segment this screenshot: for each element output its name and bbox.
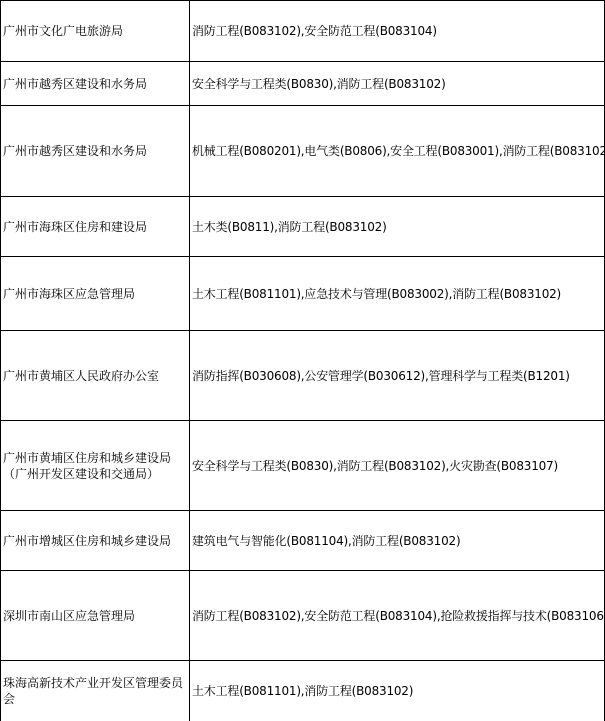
org-cell: 广州市海珠区应急管理局 [1,257,190,331]
majors-cell: 土木工程(B081101),应急技术与管理(B083002),消防工程(B083… [190,257,605,331]
majors-cell: 消防指挥(B030608),公安管理学(B030612),管理科学与工程类(B1… [190,331,605,421]
org-cell: 珠海高新技术产业开发区管理委员会 [1,661,190,721]
table-row: 广州市海珠区住房和建设局 土木类(B0811),消防工程(B083102) [1,197,605,257]
table-row: 广州市增城区住房和城乡建设局 建筑电气与智能化(B081104),消防工程(B0… [1,511,605,571]
majors-cell: 消防工程(B083102),安全防范工程(B083104) [190,1,605,62]
recruitment-table: 广州市文化广电旅游局 消防工程(B083102),安全防范工程(B083104)… [0,0,605,721]
majors-cell: 机械工程(B080201),电气类(B0806),安全工程(B083001),消… [190,106,605,197]
org-cell: 广州市增城区住房和城乡建设局 [1,511,190,571]
majors-cell: 安全科学与工程类(B0830),消防工程(B083102),火灾勘查(B0831… [190,421,605,511]
table-row: 珠海高新技术产业开发区管理委员会 土木工程(B081101),消防工程(B083… [1,661,605,721]
org-cell: 深圳市南山区应急管理局 [1,571,190,661]
table-row: 广州市黄埔区住房和城乡建设局（广州开发区建设和交通局） 安全科学与工程类(B08… [1,421,605,511]
majors-cell: 安全科学与工程类(B0830),消防工程(B083102) [190,62,605,106]
majors-cell: 土木类(B0811),消防工程(B083102) [190,197,605,257]
table-row: 广州市越秀区建设和水务局 安全科学与工程类(B0830),消防工程(B08310… [1,62,605,106]
table-row: 广州市海珠区应急管理局 土木工程(B081101),应急技术与管理(B08300… [1,257,605,331]
org-cell: 广州市越秀区建设和水务局 [1,106,190,197]
table-row: 深圳市南山区应急管理局 消防工程(B083102),安全防范工程(B083104… [1,571,605,661]
org-cell: 广州市黄埔区人民政府办公室 [1,331,190,421]
table-row: 广州市文化广电旅游局 消防工程(B083102),安全防范工程(B083104) [1,1,605,62]
table-row: 广州市越秀区建设和水务局 机械工程(B080201),电气类(B0806),安全… [1,106,605,197]
org-cell: 广州市黄埔区住房和城乡建设局（广州开发区建设和交通局） [1,421,190,511]
org-cell: 广州市海珠区住房和建设局 [1,197,190,257]
table-row: 广州市黄埔区人民政府办公室 消防指挥(B030608),公安管理学(B03061… [1,331,605,421]
majors-cell: 消防工程(B083102),安全防范工程(B083104),抢险救援指挥与技术(… [190,571,605,661]
org-cell: 广州市越秀区建设和水务局 [1,62,190,106]
org-cell: 广州市文化广电旅游局 [1,1,190,62]
majors-cell: 土木工程(B081101),消防工程(B083102) [190,661,605,721]
majors-cell: 建筑电气与智能化(B081104),消防工程(B083102) [190,511,605,571]
